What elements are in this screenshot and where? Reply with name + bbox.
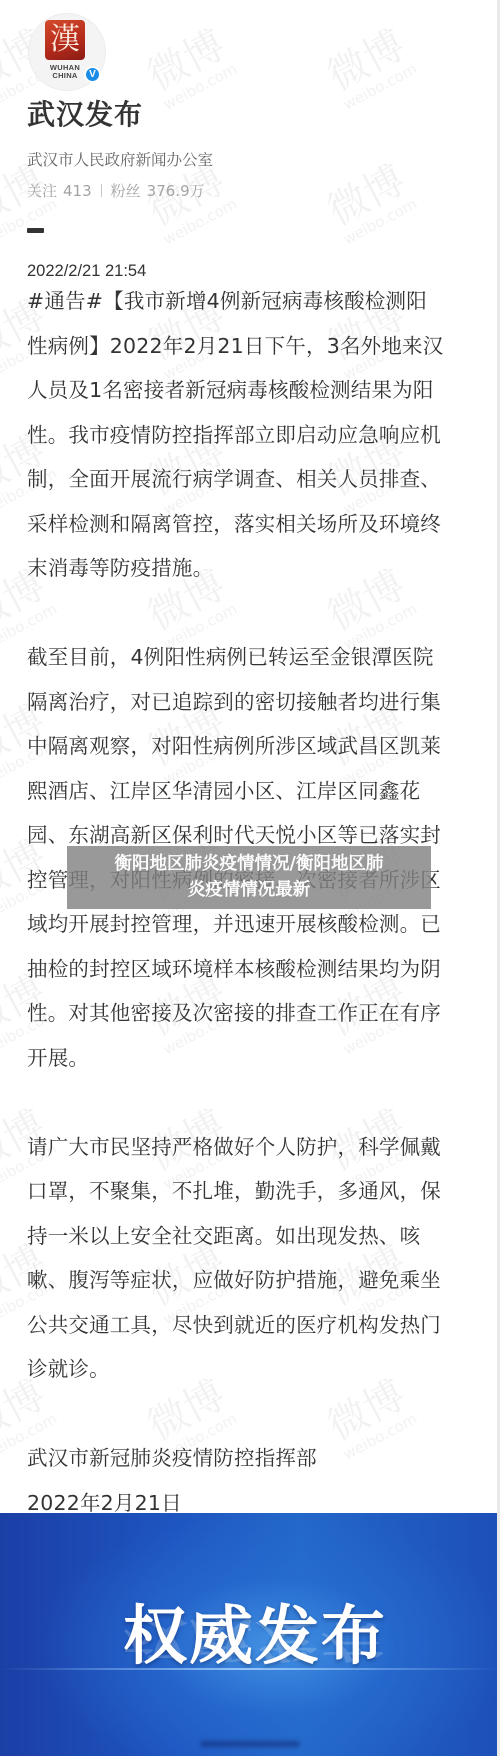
paragraph-advice: 请广大市民坚持严格做好个人防护，科学佩戴 口罩，不聚集，不扎堆，勤洗手，多通风，… [27, 1125, 477, 1392]
hero-image-authoritative-release[interactable]: 权威发布 权威发布 [0, 1513, 500, 1756]
text-line: 末消毒等防疫措施。 [27, 546, 477, 591]
verified-badge-icon: V [84, 66, 101, 83]
paragraph-gap [27, 591, 477, 636]
text-line: 人员及1名密接者新冠病毒核酸检测结果为阳 [27, 368, 477, 413]
paragraph-gap [27, 1392, 477, 1437]
overlay-caption-line1: 衡阳地区肺炎疫情情况/衡阳地区肺 [67, 851, 431, 877]
text-line: 熙酒店、江岸区华清园小区、江岸区同鑫花 [27, 769, 477, 814]
weibo-watermark: 微博weibo.com [321, 24, 419, 112]
paragraph-announcement: #通告#【我市新增4例新冠病毒核酸检测阳 性病例】2022年2月21日下午，3名… [27, 279, 477, 591]
text-line: 请广大市民坚持严格做好个人防护，科学佩戴 [27, 1125, 477, 1170]
text-line: 嗽、腹泻等症状，应做好防护措施，避免乘坐 [27, 1258, 477, 1303]
overlay-caption-line2: 炎疫情情况最新 [67, 877, 431, 903]
profile-stats: 关注 413 粉丝 376.9万 [27, 180, 205, 201]
hero-shadow-bar [200, 1741, 300, 1747]
paragraph-gap [27, 1080, 477, 1125]
text-line: 公共交通工具，尽快到就近的医疗机构发热门 [27, 1303, 477, 1348]
weibo-watermark: 微博weibo.com [0, 159, 60, 247]
following-label[interactable]: 关注 [27, 180, 57, 201]
text-line: 性病例】2022年2月21日下午，3名外地来汉 [27, 324, 477, 369]
stats-divider [101, 184, 102, 197]
text-line: 性。对其他密接及次密接的排查工作正在有序 [27, 991, 477, 1036]
followers-label[interactable]: 粉丝 [111, 180, 141, 201]
section-divider-dash [27, 228, 44, 233]
text-line: 诊就诊。 [27, 1347, 477, 1392]
text-line: 开展。 [27, 1036, 477, 1081]
weibo-watermark: 微博weibo.com [141, 24, 239, 112]
followers-count[interactable]: 376.9万 [147, 180, 205, 201]
weibo-post-page: 微博weibo.com微博weibo.com微博weibo.com微博weibo… [0, 0, 500, 1756]
text-line: 采样检测和隔离管控，落实相关场所及环境终 [27, 502, 477, 547]
text-line: 隔离治疗，对已追踪到的密切接触者均进行集 [27, 680, 477, 725]
account-name[interactable]: 武汉发布 [27, 93, 143, 133]
signature-issuer: 武汉市新冠肺炎疫情防控指挥部 [27, 1436, 477, 1481]
hero-title-reflection: 权威发布 [0, 1611, 500, 1675]
text-line: 性。我市疫情防控指挥部立即启动应急响应机 [27, 413, 477, 458]
text-line: 截至目前，4例阳性病例已转运至金银潭医院 [27, 635, 477, 680]
following-count[interactable]: 413 [63, 182, 92, 200]
weibo-watermark: 微博weibo.com [321, 159, 419, 247]
paragraph-signature: 武汉市新冠肺炎疫情防控指挥部 2022年2月21日 [27, 1436, 477, 1525]
overlay-caption-banner: 衡阳地区肺炎疫情情况/衡阳地区肺 炎疫情情况最新 [67, 846, 431, 909]
account-description: 武汉市人民政府新闻办公室 [27, 148, 213, 170]
weibo-watermark: 微博weibo.com [141, 159, 239, 247]
text-line: 抽检的封控区域环境样本核酸检测结果均为阴 [27, 947, 477, 992]
text-line: 持一米以上安全社交距离。如出现发热、咳 [27, 1214, 477, 1259]
text-line: 制，全面开展流行病学调查、相关人员排查、 [27, 457, 477, 502]
text-line: 中隔离观察，对阳性病例所涉区域武昌区凯莱 [27, 724, 477, 769]
text-line: 口罩，不聚集，不扎堆，勤洗手，多通风，保 [27, 1169, 477, 1214]
text-line: #通告#【我市新增4例新冠病毒核酸检测阳 [27, 279, 477, 324]
avatar-seal-logo: 漢 [45, 20, 85, 60]
